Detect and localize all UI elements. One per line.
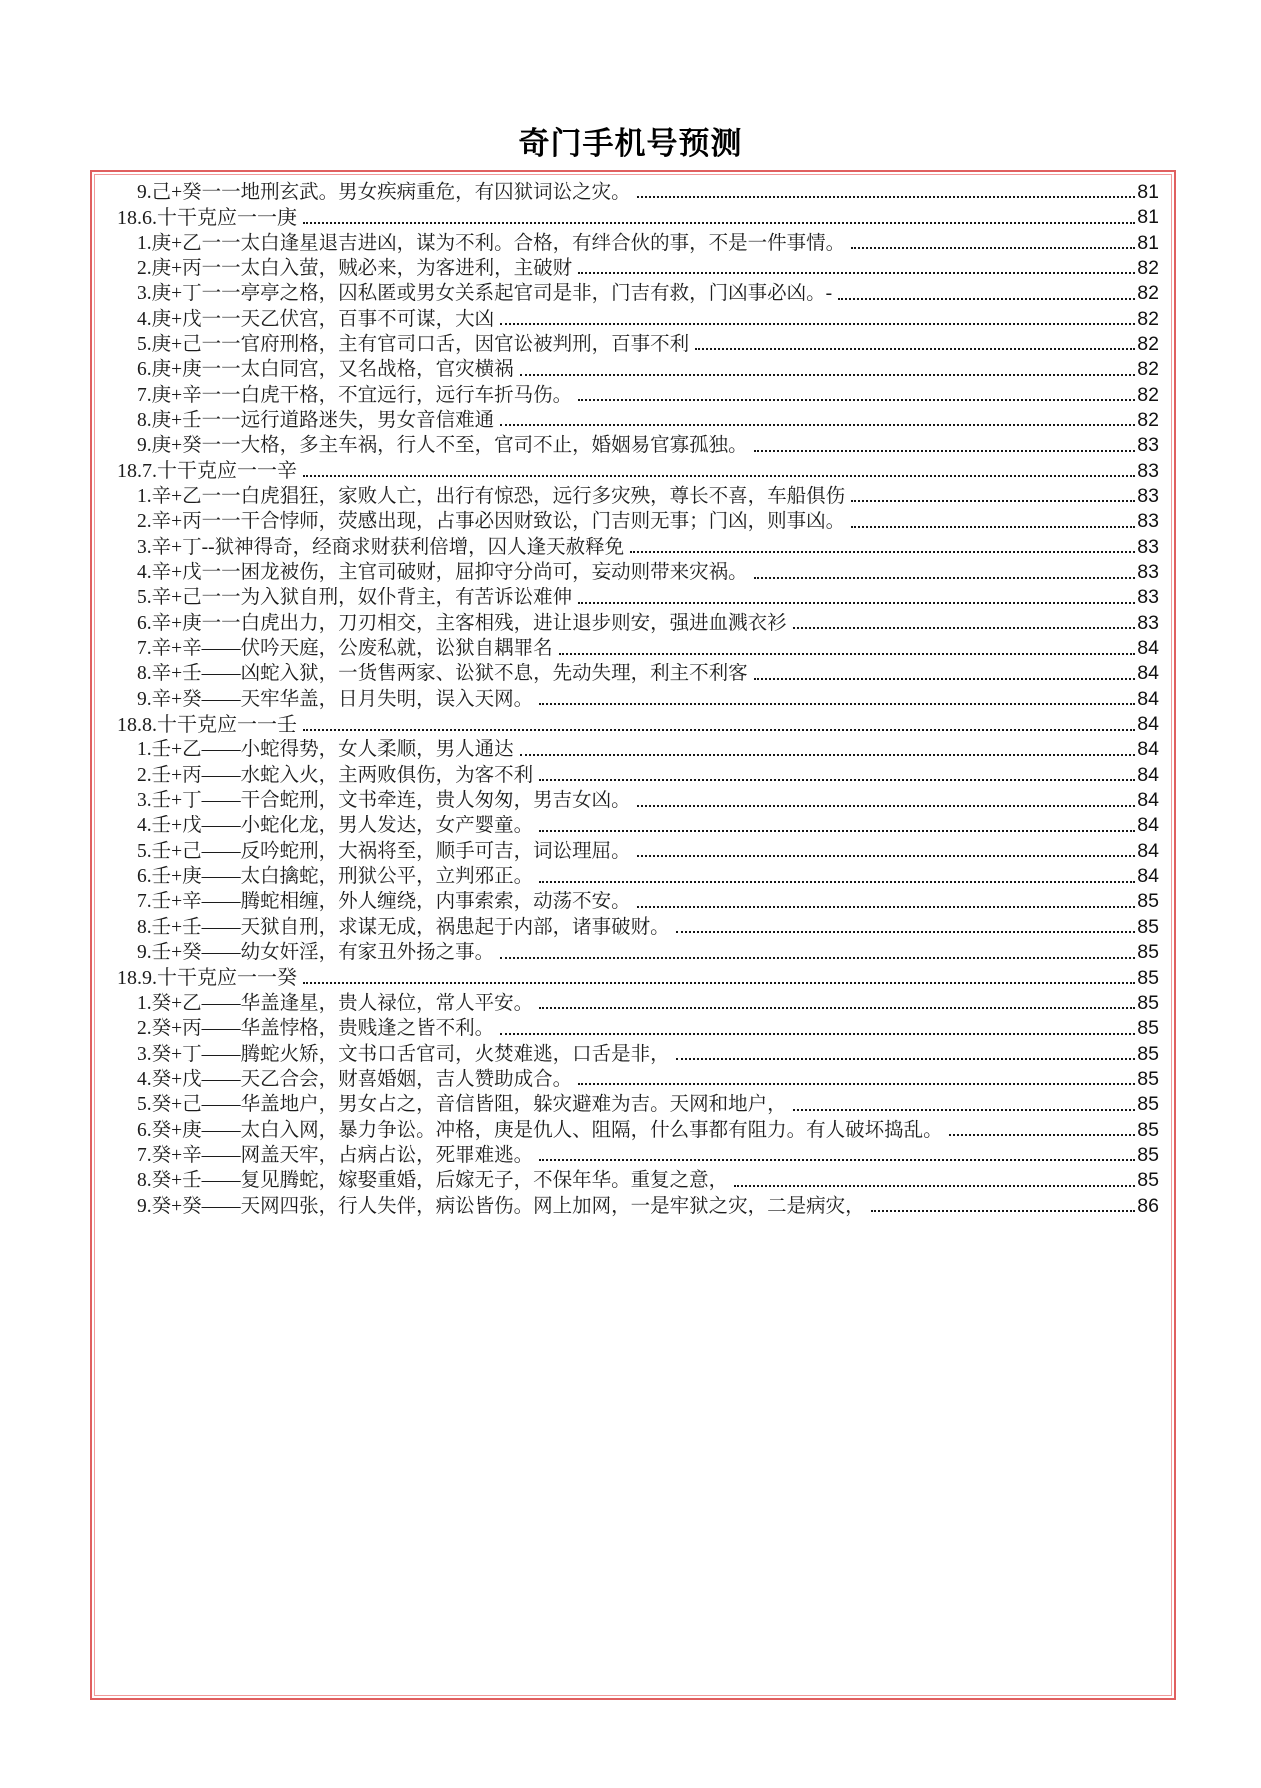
dot-leader [578, 1083, 1135, 1085]
toc-entry: 18.9.十干克应一一癸85 [101, 967, 1159, 992]
toc-entry-page: 85 [1137, 1019, 1159, 1043]
toc-entry-page: 81 [1137, 234, 1159, 258]
toc-entry: 1.庚+乙一一太白逢星退吉进凶，谋为不利。合格，有绊合伙的事，不是一件事情。81 [101, 232, 1159, 257]
toc-entry: 4.癸+戊——天乙合会，财喜婚姻，吉人赞助成合。85 [101, 1068, 1159, 1093]
toc-entry-text: 8.癸+壬——复见腾蛇，嫁娶重婚，后嫁无子，不保年华。重复之意， [137, 1171, 728, 1195]
dot-leader [539, 881, 1135, 883]
toc-entry-text: 8.庚+壬一一远行道路迷失，男女音信难通 [137, 411, 494, 435]
toc-entry: 18.7.十干克应一一辛83 [101, 460, 1159, 485]
toc-entry-page: 83 [1137, 436, 1159, 460]
dot-leader [303, 222, 1135, 224]
toc-entry-text: 18.6.十干克应一一庚 [117, 208, 297, 232]
toc-entry-text: 7.癸+辛——网盖天牢，占病占讼，死罪难逃。 [137, 1146, 533, 1170]
dot-leader [676, 931, 1136, 933]
toc-entry-page: 81 [1137, 183, 1159, 207]
toc-entry-text: 5.壬+己——反吟蛇刑，大祸将至，顺手可吉，词讼理屈。 [137, 842, 631, 866]
toc-entry: 3.辛+丁--狱神得奇，经商求财获利倍增，囚人逢天赦释免83 [101, 536, 1159, 561]
dot-leader [303, 729, 1135, 731]
toc-entry-page: 86 [1137, 1197, 1159, 1221]
toc-entry-text: 5.辛+己一一为入狱自刑，奴仆背主，有苦诉讼难伸 [137, 588, 572, 612]
toc-entry-page: 84 [1137, 715, 1159, 739]
toc-entry-text: 1.癸+乙——华盖逢星，贵人禄位，常人平安。 [137, 994, 533, 1018]
toc-entry: 8.癸+壬——复见腾蛇，嫁娶重婚，后嫁无子，不保年华。重复之意，85 [101, 1169, 1159, 1194]
toc-entry-page: 84 [1137, 690, 1159, 714]
toc-entry: 7.辛+辛——伏吟天庭，公废私就，讼狱自耦罪名84 [101, 637, 1159, 662]
dot-leader [851, 500, 1135, 502]
toc-entry-text: 7.辛+辛——伏吟天庭，公废私就，讼狱自耦罪名 [137, 639, 553, 663]
toc-entry-text: 2.辛+丙一一干合悖师，荧感出现，占事必因财致讼，门吉则无事；门凶，则事凶。 [137, 512, 845, 536]
dot-leader [871, 1210, 1136, 1212]
toc-entry-page: 85 [1137, 1171, 1159, 1195]
toc-entry-text: 6.辛+庚一一白虎出力，刀刃相交，主客相残，进让退步则安，强进血溅衣衫 [137, 614, 787, 638]
toc-entry-page: 84 [1137, 639, 1159, 663]
toc-entry: 8.辛+壬——凶蛇入狱，一货售两家、讼狱不息，先动失理，利主不利客84 [101, 663, 1159, 688]
dot-leader [539, 830, 1135, 832]
toc-entry-page: 84 [1137, 766, 1159, 790]
toc-entry-page: 83 [1137, 538, 1159, 562]
dot-leader [539, 1159, 1135, 1161]
toc-entry-text: 4.辛+戊一一困龙被伤，主官司破财，屈抑守分尚可，妄动则带来灾祸。 [137, 563, 748, 587]
dot-leader [578, 272, 1135, 274]
toc-entry: 2.壬+丙——水蛇入火，主两败俱伤，为客不利84 [101, 764, 1159, 789]
toc-entry-text: 9.庚+癸一一大格，多主车祸，行人不至，官司不止，婚姻易官寡孤独。 [137, 436, 748, 460]
toc-entry: 9.壬+癸——幼女奸淫，有家丑外扬之事。85 [101, 941, 1159, 966]
toc-entry: 8.庚+壬一一远行道路迷失，男女音信难通82 [101, 409, 1159, 434]
dot-leader [851, 247, 1135, 249]
toc-entry-text: 3.庚+丁一一亭亭之格，囚私匿或男女关系起官司是非，门吉有救，门凶事必凶。- [137, 284, 832, 308]
toc-entry-page: 82 [1137, 386, 1159, 410]
toc-entry: 5.癸+己——华盖地户，男女占之，音信皆阻，躲灾避难为吉。天网和地户，85 [101, 1093, 1159, 1118]
toc-entry-page: 84 [1137, 867, 1159, 891]
toc-entry-text: 8.辛+壬——凶蛇入狱，一货售两家、讼狱不息，先动失理，利主不利客 [137, 664, 748, 688]
toc-entry-page: 83 [1137, 487, 1159, 511]
toc-entry-page: 82 [1137, 259, 1159, 283]
toc-entry-page: 84 [1137, 791, 1159, 815]
toc-entry: 2.癸+丙——华盖悖格，贵贱逢之皆不利。85 [101, 1017, 1159, 1042]
toc-entry: 9.己+癸一一地刑玄武。男女疾病重危，有囚狱词讼之灾。81 [101, 181, 1159, 206]
dot-leader [500, 424, 1135, 426]
toc-entry: 9.辛+癸——天牢华盖，日月失明，误入天网。84 [101, 688, 1159, 713]
toc-entry-text: 1.庚+乙一一太白逢星退吉进凶，谋为不利。合格，有绊合伙的事，不是一件事情。 [137, 234, 845, 258]
toc-entry-text: 5.癸+己——华盖地户，男女占之，音信皆阻，躲灾避难为吉。天网和地户， [137, 1095, 787, 1119]
toc-entry-text: 7.庚+辛一一白虎干格，不宜远行，远行车折马伤。 [137, 386, 572, 410]
toc-entry-page: 83 [1137, 462, 1159, 486]
dot-leader [793, 627, 1136, 629]
toc-entry: 3.庚+丁一一亭亭之格，囚私匿或男女关系起官司是非，门吉有救，门凶事必凶。-82 [101, 282, 1159, 307]
toc-entry-text: 6.癸+庚——太白入网，暴力争讼。冲格，庚是仇人、阻隔，什么事都有阻力。有人破坏… [137, 1121, 943, 1145]
toc-entry: 6.庚+庚一一太白同宫，又名战格，官灾横祸82 [101, 358, 1159, 383]
dot-leader [734, 1185, 1135, 1187]
toc-entry-text: 2.庚+丙一一太白入萤，贼必来，为客进利，主破财 [137, 259, 572, 283]
toc-entry: 5.辛+己一一为入狱自刑，奴仆背主，有苦诉讼难伸83 [101, 587, 1159, 612]
toc-entry-page: 85 [1137, 943, 1159, 967]
toc-entry-text: 7.壬+辛——腾蛇相缠，外人缠绕，内事索索，动荡不安。 [137, 892, 631, 916]
toc-entry: 1.癸+乙——华盖逢星，贵人禄位，常人平安。85 [101, 992, 1159, 1017]
dot-leader [851, 526, 1135, 528]
dot-leader [500, 957, 1135, 959]
toc-entry-page: 85 [1137, 969, 1159, 993]
toc-entry-page: 85 [1137, 1070, 1159, 1094]
toc-entry-text: 9.壬+癸——幼女奸淫，有家丑外扬之事。 [137, 943, 494, 967]
toc-entry-page: 83 [1137, 563, 1159, 587]
dot-leader [637, 906, 1136, 908]
document-page: 奇门手机号预测 9.己+癸一一地刑玄武。男女疾病重危，有囚狱词讼之灾。8118.… [0, 0, 1261, 1788]
toc-entry: 8.壬+壬——天狱自刑，求谋无成，祸患起于内部，诸事破财。85 [101, 916, 1159, 941]
toc-entry: 9.庚+癸一一大格，多主车祸，行人不至，官司不止，婚姻易官寡孤独。83 [101, 434, 1159, 459]
toc-entry: 3.壬+丁——干合蛇刑，文书牵连，贵人匆匆，男吉女凶。84 [101, 789, 1159, 814]
toc-entry-page: 82 [1137, 411, 1159, 435]
dot-leader [520, 754, 1136, 756]
toc-entry-text: 18.7.十干克应一一辛 [117, 461, 297, 485]
toc-entry: 7.壬+辛——腾蛇相缠，外人缠绕，内事索索，动荡不安。85 [101, 891, 1159, 916]
toc-entry-text: 9.癸+癸——天网四张，行人失伴，病讼皆伤。网上加网，一是牢狱之灾，二是病灾， [137, 1197, 865, 1221]
dot-leader [754, 678, 1136, 680]
toc-entry-page: 81 [1137, 208, 1159, 232]
toc-entry: 2.辛+丙一一干合悖师，荧感出现，占事必因财致讼，门吉则无事；门凶，则事凶。83 [101, 510, 1159, 535]
dot-leader [630, 551, 1135, 553]
toc-entry: 4.壬+戊——小蛇化龙，男人发达，女产婴童。84 [101, 815, 1159, 840]
toc-list: 9.己+癸一一地刑玄武。男女疾病重危，有囚狱词讼之灾。8118.6.十干克应一一… [94, 174, 1172, 1696]
dot-leader [578, 399, 1135, 401]
toc-entry: 7.癸+辛——网盖天牢，占病占讼，死罪难逃。85 [101, 1144, 1159, 1169]
toc-entry-page: 85 [1137, 1045, 1159, 1069]
toc-entry-text: 4.壬+戊——小蛇化龙，男人发达，女产婴童。 [137, 816, 533, 840]
dot-leader [676, 1058, 1136, 1060]
toc-entry-page: 84 [1137, 664, 1159, 688]
toc-entry-page: 83 [1137, 614, 1159, 638]
toc-entry: 9.癸+癸——天网四张，行人失伴，病讼皆伤。网上加网，一是牢狱之灾，二是病灾，8… [101, 1195, 1159, 1220]
toc-entry-text: 18.8.十干克应一一壬 [117, 715, 297, 739]
toc-entry-page: 84 [1137, 740, 1159, 764]
toc-entry-page: 82 [1137, 284, 1159, 308]
dot-leader [754, 577, 1136, 579]
toc-entry: 7.庚+辛一一白虎干格，不宜远行，远行车折马伤。82 [101, 384, 1159, 409]
toc-entry: 18.8.十干克应一一壬84 [101, 713, 1159, 738]
toc-entry-text: 3.辛+丁--狱神得奇，经商求财获利倍增，囚人逢天赦释免 [137, 538, 624, 562]
toc-entry: 18.6.十干克应一一庚81 [101, 206, 1159, 231]
toc-entry: 6.壬+庚——太白擒蛇，刑狱公平，立判邪正。84 [101, 865, 1159, 890]
toc-entry-text: 9.己+癸一一地刑玄武。男女疾病重危，有囚狱词讼之灾。 [137, 183, 631, 207]
toc-entry-page: 85 [1137, 1121, 1159, 1145]
toc-entry: 1.辛+乙一一白虎猖狂，家败人亡，出行有惊恐，远行多灾殃，尊长不喜，车船俱伤83 [101, 485, 1159, 510]
toc-entry: 2.庚+丙一一太白入萤，贼必来，为客进利，主破财82 [101, 257, 1159, 282]
toc-entry-page: 85 [1137, 1095, 1159, 1119]
toc-entry-text: 6.壬+庚——太白擒蛇，刑狱公平，立判邪正。 [137, 867, 533, 891]
dot-leader [539, 703, 1135, 705]
toc-entry-text: 3.癸+丁——腾蛇火矫，文书口舌官司，火焚难逃，口舌是非， [137, 1045, 670, 1069]
toc-entry-page: 82 [1137, 335, 1159, 359]
toc-entry: 4.辛+戊一一困龙被伤，主官司破财，屈抑守分尚可，妄动则带来灾祸。83 [101, 561, 1159, 586]
dot-leader [559, 653, 1136, 655]
toc-border-box: 9.己+癸一一地刑玄武。男女疾病重危，有囚狱词讼之灾。8118.6.十干克应一一… [90, 170, 1176, 1700]
toc-entry-page: 84 [1137, 816, 1159, 840]
toc-entry: 3.癸+丁——腾蛇火矫，文书口舌官司，火焚难逃，口舌是非，85 [101, 1043, 1159, 1068]
toc-entry-text: 4.庚+戊一一天乙伏宫，百事不可谋，大凶 [137, 310, 494, 334]
dot-leader [303, 982, 1135, 984]
toc-entry: 4.庚+戊一一天乙伏宫，百事不可谋，大凶82 [101, 308, 1159, 333]
toc-entry-text: 3.壬+丁——干合蛇刑，文书牵连，贵人匆匆，男吉女凶。 [137, 791, 631, 815]
toc-entry-text: 2.癸+丙——华盖悖格，贵贱逢之皆不利。 [137, 1019, 494, 1043]
document-title: 奇门手机号预测 [0, 118, 1261, 163]
dot-leader [500, 323, 1135, 325]
dot-leader [303, 475, 1135, 477]
dot-leader [754, 450, 1136, 452]
toc-entry-text: 5.庚+己一一官府刑格，主有官司口舌，因官讼被判刑，百事不利 [137, 335, 689, 359]
toc-entry-page: 85 [1137, 918, 1159, 942]
toc-entry-page: 82 [1137, 310, 1159, 334]
toc-entry-text: 1.壬+乙——小蛇得势，女人柔顺，男人通达 [137, 740, 514, 764]
toc-entry: 5.庚+己一一官府刑格，主有官司口舌，因官讼被判刑，百事不利82 [101, 333, 1159, 358]
dot-leader [500, 1033, 1135, 1035]
toc-entry-page: 85 [1137, 1146, 1159, 1170]
dot-leader [539, 1007, 1135, 1009]
toc-entry-page: 82 [1137, 360, 1159, 384]
dot-leader [637, 196, 1136, 198]
toc-entry-text: 9.辛+癸——天牢华盖，日月失明，误入天网。 [137, 690, 533, 714]
dot-leader [539, 779, 1135, 781]
dot-leader [793, 1109, 1136, 1111]
toc-entry-page: 84 [1137, 842, 1159, 866]
toc-entry-page: 85 [1137, 892, 1159, 916]
toc-entry: 5.壬+己——反吟蛇刑，大祸将至，顺手可吉，词讼理屈。84 [101, 840, 1159, 865]
dot-leader [949, 1134, 1136, 1136]
toc-entry: 6.辛+庚一一白虎出力，刀刃相交，主客相残，进让退步则安，强进血溅衣衫83 [101, 612, 1159, 637]
toc-entry-page: 83 [1137, 588, 1159, 612]
toc-entry: 1.壬+乙——小蛇得势，女人柔顺，男人通达84 [101, 739, 1159, 764]
dot-leader [637, 805, 1136, 807]
dot-leader [637, 855, 1136, 857]
toc-entry-text: 1.辛+乙一一白虎猖狂，家败人亡，出行有惊恐，远行多灾殃，尊长不喜，车船俱伤 [137, 487, 845, 511]
toc-entry: 6.癸+庚——太白入网，暴力争讼。冲格，庚是仇人、阻隔，什么事都有阻力。有人破坏… [101, 1119, 1159, 1144]
toc-entry-page: 85 [1137, 994, 1159, 1018]
dot-leader [578, 602, 1135, 604]
dot-leader [520, 374, 1136, 376]
toc-entry-text: 8.壬+壬——天狱自刑，求谋无成，祸患起于内部，诸事破财。 [137, 918, 670, 942]
dot-leader [695, 348, 1135, 350]
toc-entry-text: 6.庚+庚一一太白同宫，又名战格，官灾横祸 [137, 360, 514, 384]
toc-entry-text: 2.壬+丙——水蛇入火，主两败俱伤，为客不利 [137, 766, 533, 790]
toc-entry-text: 4.癸+戊——天乙合会，财喜婚姻，吉人赞助成合。 [137, 1070, 572, 1094]
toc-entry-text: 18.9.十干克应一一癸 [117, 968, 297, 992]
toc-entry-page: 83 [1137, 512, 1159, 536]
dot-leader [838, 298, 1135, 300]
